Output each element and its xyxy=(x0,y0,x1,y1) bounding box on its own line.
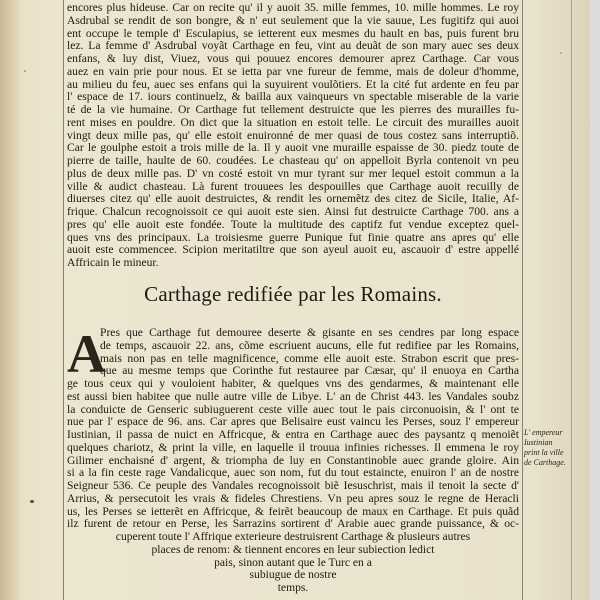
margin-note-line: print la ville xyxy=(524,448,574,458)
text-line: Iustinian, il passa de nuict en Affricqu… xyxy=(67,429,519,442)
tapered-line: cuperent toute l' Affrique exterieure de… xyxy=(67,531,519,544)
text-line: enfans, & luy dist, Viuez, vous qui pouu… xyxy=(67,53,519,66)
text-line: Affricain le mineur. xyxy=(67,257,519,270)
text-line: Seigneur 536. Ce peuple des Vandales rec… xyxy=(67,480,519,493)
section-heading: Carthage redifiée par les Romains. xyxy=(67,282,519,307)
text-line: frique. Chalcun recognoissoit ce qui auo… xyxy=(67,206,519,219)
text-line: plus de deux mille pas. D' vn costé esto… xyxy=(67,168,519,181)
text-line: pres qu' elle auoit este fondée. Toute l… xyxy=(67,219,519,232)
text-line: auez en vain prie pour nous. Et se ietta… xyxy=(67,66,519,79)
top-paragraph: encores plus hideuse. Car on recite qu' … xyxy=(67,2,519,270)
text-line: quelques chariotz, & print la ville, en … xyxy=(67,442,519,455)
paper-stain xyxy=(560,52,562,54)
margin-note: L' empereur Iustinian print la ville de … xyxy=(524,428,574,468)
text-line: rent mises en pouldre. On dict que la si… xyxy=(67,117,519,130)
drop-cap-block: A Pres que Carthage fut demouree deserte… xyxy=(67,327,519,378)
text-line: té de la vie humaine. Or Carthage fut te… xyxy=(67,104,519,117)
text-line: Arrius, & persecutoit les vrais & fidele… xyxy=(67,493,519,506)
scanned-book-page: encores plus hideuse. Car on recite qu' … xyxy=(0,0,590,600)
text-line: que au mesme temps que Corinthe fut rest… xyxy=(67,365,519,378)
text-line: de temps, ascauoir 22. ans, cõme escriue… xyxy=(67,340,519,353)
margin-note-line: L' empereur xyxy=(524,428,574,438)
paper-stain xyxy=(24,70,26,72)
drop-cap-letter: A xyxy=(67,329,106,379)
text-line: Asdrubal se rendit de son bongre, & n' e… xyxy=(67,15,519,28)
outer-margin-rule xyxy=(571,0,572,600)
right-margin-rule xyxy=(522,0,523,600)
text-line: Pres que Carthage fut demouree deserte &… xyxy=(67,327,519,340)
left-margin-rule xyxy=(63,0,64,600)
text-line: est aussi bien habitee que nulle autre v… xyxy=(67,391,519,404)
margin-note-line: de Carthage. xyxy=(524,458,574,468)
text-line: pierre de taille, haulte de 60. coudées.… xyxy=(67,155,519,168)
margin-note-line: Iustinian xyxy=(524,438,574,448)
text-line: ge tous ceux qui y vouloient habiter, & … xyxy=(67,378,519,391)
tapered-line: temps. xyxy=(67,582,519,595)
tapered-line: places de renom: & tiennent encores en l… xyxy=(67,544,519,557)
second-paragraph: A Pres que Carthage fut demouree deserte… xyxy=(67,327,519,595)
paper-stain xyxy=(30,500,34,503)
text-line: encores plus hideuse. Car on recite qu' … xyxy=(67,2,519,15)
